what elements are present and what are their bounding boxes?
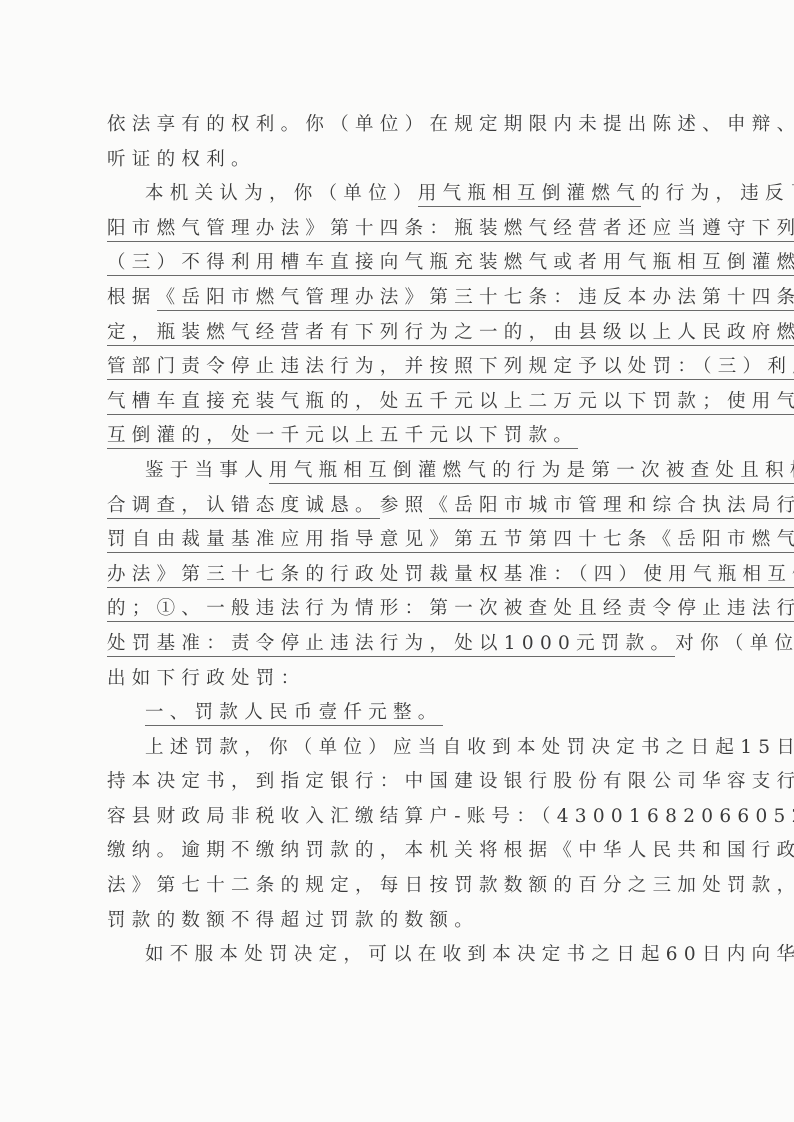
text-segment: 如不服本处罚决定，可以在收到本决定书之日起60日内向华容 bbox=[145, 944, 794, 965]
text-segment: 容县财政局非税收入汇缴结算户-账号：（43001682066052500657） bbox=[107, 806, 794, 827]
paragraph: 上述罚款，你（单位）应当自收到本处罚决定书之日起15日内，持本决定书，到指定银行… bbox=[107, 731, 692, 939]
underlined-text: 定，瓶装燃气经营者有下列行为之一的，由县级以上人民政府燃气主 bbox=[107, 322, 794, 346]
text-segment: 上述罚款，你（单位）应当自收到本处罚决定书之日起15日内， bbox=[145, 737, 794, 758]
text-line: 罚自由裁量基准应用指导意见》第五节第四十七条《岳阳市燃气管理 bbox=[107, 523, 692, 558]
paragraph: 依法享有的权利。你（单位）在规定期限内未提出陈述、申辩、以及听证的权利。 bbox=[107, 108, 692, 177]
text-line: 听证的权利。 bbox=[107, 143, 692, 178]
document-page: 依法享有的权利。你（单位）在规定期限内未提出陈述、申辩、以及听证的权利。本机关认… bbox=[0, 0, 794, 1122]
text-segment: 对你（单位）作 bbox=[675, 633, 794, 654]
underlined-text: 《岳阳市城市管理和综合执法局行政处 bbox=[429, 495, 794, 519]
text-line: 罚款的数额不得超过罚款的数额。 bbox=[107, 904, 692, 939]
text-line: 出如下行政处罚： bbox=[107, 662, 692, 697]
text-line: 缴纳。逾期不缴纳罚款的，本机关将根据《中华人民共和国行政处罚 bbox=[107, 834, 692, 869]
underlined-text: 一、罚款人民币壹仟元整。 bbox=[145, 702, 443, 726]
underlined-text: 《岳阳市燃气管理办法》第三十七条：违反本办法第十四条的规 bbox=[157, 287, 794, 311]
underlined-text: 用气瓶相互倒灌燃气 bbox=[418, 183, 641, 207]
text-segment: 持本决定书，到指定银行：中国建设银行股份有限公司华容支行：华 bbox=[107, 771, 794, 792]
text-line: 依法享有的权利。你（单位）在规定期限内未提出陈述、申辩、以及 bbox=[107, 108, 692, 143]
text-line: 管部门责令停止违法行为，并按照下列规定予以处罚：（三）利用燃 bbox=[107, 350, 692, 385]
text-line: 阳市燃气管理办法》第十四条：瓶装燃气经营者还应当遵守下列规定： bbox=[107, 212, 692, 247]
underlined-text: 阳市燃气管理办法》第十四条：瓶装燃气经营者还应当遵守下列规定： bbox=[107, 218, 794, 242]
text-line: 一、罚款人民币壹仟元整。 bbox=[107, 696, 692, 731]
underlined-text: 办法》第三十七条的行政处罚裁量权基准：（四）使用气瓶相互倒灌 bbox=[107, 564, 794, 588]
text-line: 鉴于当事人用气瓶相互倒灌燃气的行为是第一次被查处且积极配 bbox=[107, 454, 692, 489]
text-segment: 的行为，违反了 bbox=[641, 183, 794, 204]
underlined-text: 气槽车直接充装气瓶的，处五千元以上二万元以下罚款；使用气瓶相 bbox=[107, 391, 794, 415]
text-segment: 本机关认为，你（单位） bbox=[145, 183, 418, 204]
underlined-text: 互倒灌的，处一千元以上五千元以下罚款。 bbox=[107, 425, 578, 449]
underlined-text: 合调查，认错态度诚恳。 bbox=[107, 495, 380, 519]
paragraph: 本机关认为，你（单位）用气瓶相互倒灌燃气的行为，违反了《岳阳市燃气管理办法》第十… bbox=[107, 177, 692, 454]
paragraph: 一、罚款人民币壹仟元整。 bbox=[107, 696, 692, 731]
text-line: 定，瓶装燃气经营者有下列行为之一的，由县级以上人民政府燃气主 bbox=[107, 316, 692, 351]
text-line: 互倒灌的，处一千元以上五千元以下罚款。 bbox=[107, 419, 692, 454]
text-segment: 鉴于当事人 bbox=[145, 460, 269, 481]
text-line: 的；①、一般违法行为情形：第一次被查处且经责令停止违法行为的。 bbox=[107, 592, 692, 627]
paragraph: 如不服本处罚决定，可以在收到本决定书之日起60日内向华容 bbox=[107, 938, 692, 973]
text-line: （三）不得利用槽车直接向气瓶充装燃气或者用气瓶相互倒灌燃气。 bbox=[107, 246, 692, 281]
text-line: 处罚基准：责令停止违法行为，处以1000元罚款。对你（单位）作 bbox=[107, 627, 692, 662]
underlined-text: 管部门责令停止违法行为，并按照下列规定予以处罚：（三）利用燃 bbox=[107, 356, 794, 380]
text-segment: 参照 bbox=[380, 495, 430, 516]
text-line: 合调查，认错态度诚恳。参照《岳阳市城市管理和综合执法局行政处 bbox=[107, 489, 692, 524]
text-segment: 缴纳。逾期不缴纳罚款的，本机关将根据《中华人民共和国行政处罚 bbox=[107, 840, 794, 861]
text-line: 气槽车直接充装气瓶的，处五千元以上二万元以下罚款；使用气瓶相 bbox=[107, 385, 692, 420]
text-line: 上述罚款，你（单位）应当自收到本处罚决定书之日起15日内， bbox=[107, 731, 692, 766]
text-line: 如不服本处罚决定，可以在收到本决定书之日起60日内向华容 bbox=[107, 938, 692, 973]
text-segment: 法》第七十二条的规定，每日按罚款数额的百分之三加处罚款，加处 bbox=[107, 875, 794, 896]
text-segment: 听证的权利。 bbox=[107, 149, 256, 170]
text-line: 办法》第三十七条的行政处罚裁量权基准：（四）使用气瓶相互倒灌 bbox=[107, 558, 692, 593]
underlined-text: 处罚基准：责令停止违法行为，处以1000元罚款。 bbox=[107, 633, 675, 657]
text-line: 法》第七十二条的规定，每日按罚款数额的百分之三加处罚款，加处 bbox=[107, 869, 692, 904]
underlined-text: （三）不得利用槽车直接向气瓶充装燃气或者用气瓶相互倒灌燃气。 bbox=[107, 252, 794, 276]
text-segment: 出如下行政处罚： bbox=[107, 668, 305, 689]
document-body: 依法享有的权利。你（单位）在规定期限内未提出陈述、申辩、以及听证的权利。本机关认… bbox=[107, 108, 692, 973]
text-segment: 依法享有的权利。你（单位）在规定期限内未提出陈述、申辩、以及 bbox=[107, 114, 794, 135]
text-line: 持本决定书，到指定银行：中国建设银行股份有限公司华容支行：华 bbox=[107, 765, 692, 800]
underlined-text: 的；①、一般违法行为情形：第一次被查处且经责令停止违法行为的。 bbox=[107, 598, 794, 622]
paragraph: 鉴于当事人用气瓶相互倒灌燃气的行为是第一次被查处且积极配合调查，认错态度诚恳。参… bbox=[107, 454, 692, 696]
underlined-text: 用气瓶相互倒灌燃气的行为是第一次被查处且积极配 bbox=[269, 460, 794, 484]
text-segment: 罚款的数额不得超过罚款的数额。 bbox=[107, 910, 479, 931]
underlined-text: 罚自由裁量基准应用指导意见》第五节第四十七条《岳阳市燃气管理 bbox=[107, 529, 794, 553]
text-segment: 根据 bbox=[107, 287, 157, 308]
text-line: 容县财政局非税收入汇缴结算户-账号：（43001682066052500657） bbox=[107, 800, 692, 835]
text-line: 根据《岳阳市燃气管理办法》第三十七条：违反本办法第十四条的规 bbox=[107, 281, 692, 316]
text-line: 本机关认为，你（单位）用气瓶相互倒灌燃气的行为，违反了《岳 bbox=[107, 177, 692, 212]
